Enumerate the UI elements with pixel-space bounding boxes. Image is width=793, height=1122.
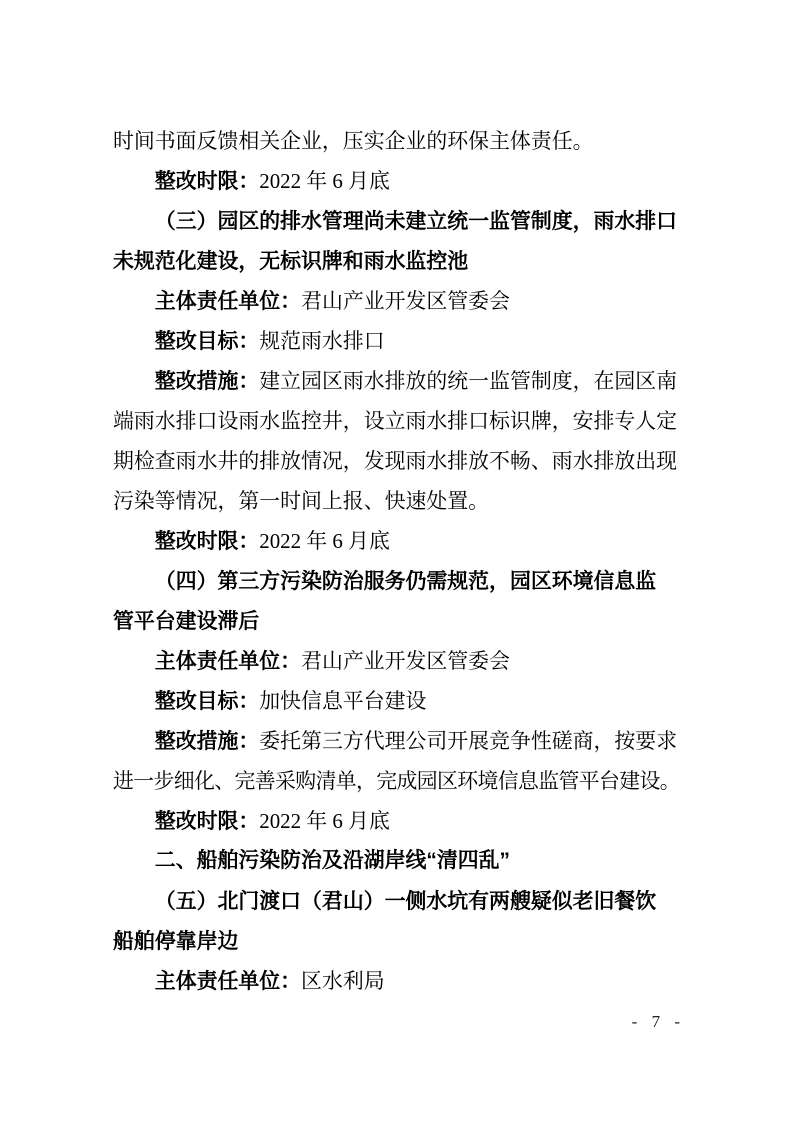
heading-text: 船舶停靠岸边 (113, 929, 238, 953)
heading-text: （四）第三方污染防治服务仍需规范，园区环境信息监 (155, 569, 656, 593)
line-measures-cont: 进一步细化、完善采购清单，完成园区环境信息监管平台建设。 (113, 761, 680, 801)
heading-issue-three: （三）园区的排水管理尚未建立统一监管制度，雨水排口 (113, 201, 680, 241)
field-value: 建立园区雨水排放的统一监管制度，在园区南 (259, 369, 677, 393)
field-value: 规范雨水排口 (259, 329, 384, 353)
line-measures: 整改措施：委托第三方代理公司开展竞争性磋商，按要求 (113, 721, 680, 761)
line-measures: 整改措施：建立园区雨水排放的统一监管制度，在园区南 (113, 361, 680, 401)
line-goal: 整改目标：规范雨水排口 (113, 321, 680, 361)
heading-text: 未规范化建设，无标识牌和雨水监控池 (113, 249, 468, 273)
line-measures-cont: 期检查雨水井的排放情况，发现雨水排放不畅、雨水排放出现 (113, 441, 680, 481)
line-responsible-unit: 主体责任单位：区水利局 (113, 961, 680, 1001)
field-label: 整改措施： (155, 729, 259, 753)
heading-issue-three-cont: 未规范化建设，无标识牌和雨水监控池 (113, 241, 680, 281)
field-value: 区水利局 (301, 969, 385, 993)
line-responsible-unit: 主体责任单位：君山产业开发区管委会 (113, 641, 680, 681)
body-text: 端雨水排口设雨水监控井，设立雨水排口标识牌，安排专人定 (113, 409, 677, 433)
body-text: 期检查雨水井的排放情况，发现雨水排放不畅、雨水排放出现 (113, 449, 677, 473)
body-text: 时间书面反馈相关企业，压实企业的环保主体责任。 (113, 129, 594, 153)
document-body: 时间书面反馈相关企业，压实企业的环保主体责任。 整改时限：2022 年 6 月底… (113, 121, 680, 1001)
line-deadline: 整改时限：2022 年 6 月底 (113, 161, 680, 201)
field-value: 加快信息平台建设 (259, 689, 426, 713)
field-label: 整改目标： (155, 689, 259, 713)
heading-text: （三）园区的排水管理尚未建立统一监管制度，雨水排口 (155, 209, 677, 233)
heading-issue-four-cont: 管平台建设滞后 (113, 601, 680, 641)
heading-issue-five: （五）北门渡口（君山）一侧水坑有两艘疑似老旧餐饮 (113, 881, 680, 921)
field-label: 主体责任单位： (155, 649, 301, 673)
heading-text: 二、船舶污染防治及沿湖岸线“清四乱” (155, 849, 510, 872)
field-label: 主体责任单位： (155, 289, 301, 313)
field-label: 整改措施： (155, 369, 259, 393)
field-value: 2022 年 6 月底 (259, 529, 390, 553)
field-value: 君山产业开发区管委会 (301, 649, 510, 673)
field-label: 整改时限： (155, 529, 259, 553)
field-label: 主体责任单位： (155, 969, 301, 993)
field-value: 2022 年 6 月底 (259, 809, 390, 833)
page-number: - 7 - (632, 1012, 685, 1032)
line-deadline: 整改时限：2022 年 6 月底 (113, 801, 680, 841)
line-measures-cont: 污染等情况，第一时间上报、快速处置。 (113, 481, 680, 521)
line-deadline: 整改时限：2022 年 6 月底 (113, 521, 680, 561)
field-label: 整改目标： (155, 329, 259, 353)
field-value: 委托第三方代理公司开展竞争性磋商，按要求 (259, 729, 677, 753)
line-goal: 整改目标：加快信息平台建设 (113, 681, 680, 721)
field-value: 2022 年 6 月底 (259, 169, 390, 193)
body-text: 进一步细化、完善采购清单，完成园区环境信息监管平台建设。 (113, 769, 680, 793)
heading-text: （五）北门渡口（君山）一侧水坑有两艘疑似老旧餐饮 (155, 889, 656, 913)
line-body-continuation: 时间书面反馈相关企业，压实企业的环保主体责任。 (113, 121, 680, 161)
body-text: 污染等情况，第一时间上报、快速处置。 (113, 489, 489, 513)
document-page: 时间书面反馈相关企业，压实企业的环保主体责任。 整改时限：2022 年 6 月底… (0, 0, 793, 1122)
heading-issue-four: （四）第三方污染防治服务仍需规范，园区环境信息监 (113, 561, 680, 601)
field-label: 整改时限： (155, 169, 259, 193)
field-label: 整改时限： (155, 809, 259, 833)
heading-issue-five-cont: 船舶停靠岸边 (113, 921, 680, 961)
heading-section-two: 二、船舶污染防治及沿湖岸线“清四乱” (113, 841, 680, 881)
heading-text: 管平台建设滞后 (113, 609, 259, 633)
line-responsible-unit: 主体责任单位：君山产业开发区管委会 (113, 281, 680, 321)
line-measures-cont: 端雨水排口设雨水监控井，设立雨水排口标识牌，安排专人定 (113, 401, 680, 441)
field-value: 君山产业开发区管委会 (301, 289, 510, 313)
